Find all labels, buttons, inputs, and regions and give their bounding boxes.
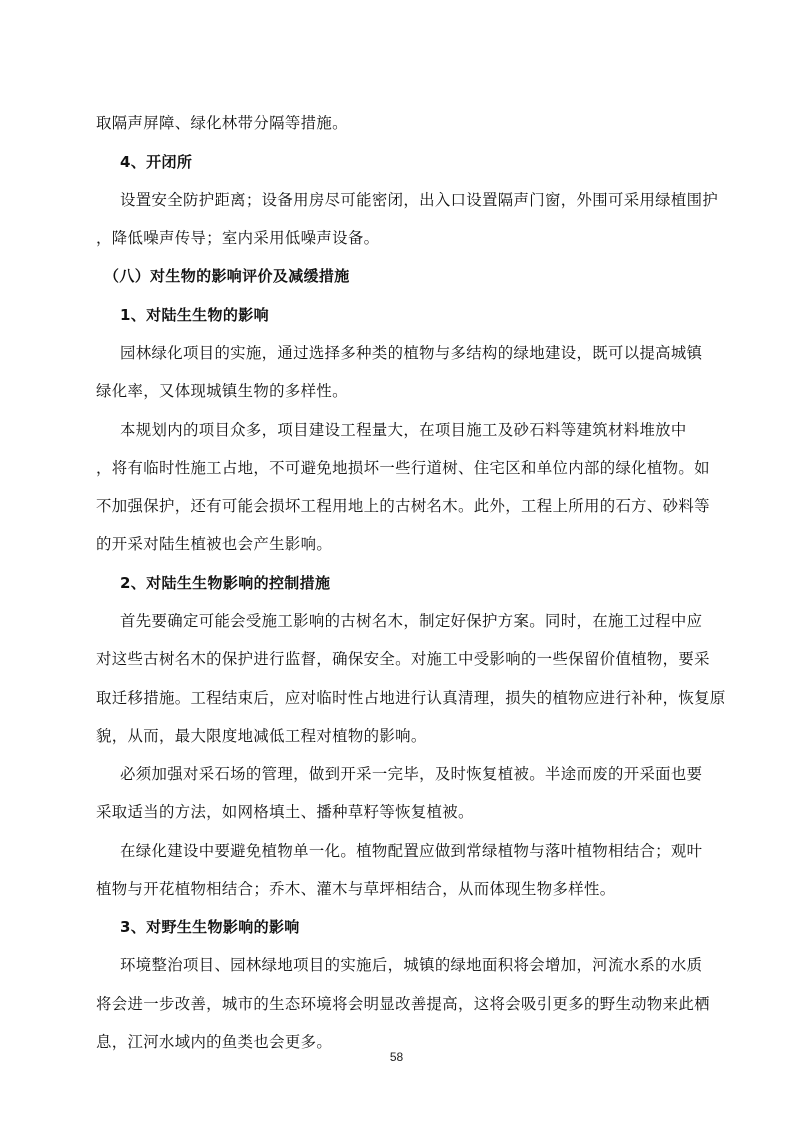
paragraph-line: 环境整治项目、园林绿地项目的实施后，城镇的绿地面积将会增加，河流水系的水质 bbox=[120, 955, 699, 975]
paragraph-line: ，将有临时性施工占地，不可避免地损坏一些行道树、住宅区和单位内部的绿化植物。如 bbox=[96, 458, 699, 478]
page-number: 58 bbox=[0, 1050, 793, 1064]
paragraph-line: 在绿化建设中要避免植物单一化。植物配置应做到常绿植物与落叶植物相结合；观叶 bbox=[120, 841, 699, 861]
paragraph-line: 对这些古树名木的保护进行监督，确保安全。对施工中受影响的一些保留价值植物，要采 bbox=[96, 649, 699, 669]
paragraph-line: 绿化率，又体现城镇生物的多样性。 bbox=[96, 381, 699, 401]
paragraph-line: 的开采对陆生植被也会产生影响。 bbox=[96, 534, 699, 554]
section-heading: （八）对生物的影响评价及减缓措施 bbox=[104, 266, 707, 286]
subsection-heading: 3、对野生生物影响的影响 bbox=[120, 917, 723, 937]
paragraph-line: 貌，从而，最大限度地减低工程对植物的影响。 bbox=[96, 726, 699, 746]
paragraph-line: 本规划内的项目众多，项目建设工程量大，在项目施工及砂石料等建筑材料堆放中 bbox=[120, 420, 699, 440]
paragraph-line: 取隔声屏障、绿化林带分隔等措施。 bbox=[96, 113, 699, 133]
paragraph-line: 必须加强对采石场的管理，做到开采一完毕，及时恢复植被。半途而废的开采面也要 bbox=[120, 764, 699, 784]
paragraph-line: 息，江河水域内的鱼类也会更多。 bbox=[96, 1032, 699, 1052]
paragraph-line: 采取适当的方法，如网格填土、播种草籽等恢复植被。 bbox=[96, 802, 699, 822]
paragraph-line: 首先要确定可能会受施工影响的古树名木，制定好保护方案。同时，在施工过程中应 bbox=[120, 611, 699, 631]
subsection-heading: 4、开闭所 bbox=[120, 152, 723, 172]
paragraph-line: 园林绿化项目的实施，通过选择多种类的植物与多结构的绿地建设，既可以提高城镇 bbox=[120, 343, 699, 363]
paragraph-line: 设置安全防护距离；设备用房尽可能密闭，出入口设置隔声门窗，外围可采用绿植围护 bbox=[120, 190, 699, 210]
paragraph-line: 将会进一步改善，城市的生态环境将会明显改善提高，这将会吸引更多的野生动物来此栖 bbox=[96, 994, 699, 1014]
subsection-heading: 2、对陆生生物影响的控制措施 bbox=[120, 573, 723, 593]
subsection-heading: 1、对陆生生物的影响 bbox=[120, 305, 723, 325]
paragraph-line: 植物与开花植物相结合；乔木、灌木与草坪相结合，从而体现生物多样性。 bbox=[96, 879, 699, 899]
paragraph-line: 不加强保护，还有可能会损坏工程用地上的古树名木。此外，工程上所用的石方、砂料等 bbox=[96, 496, 699, 516]
paragraph-line: ，降低噪声传导；室内采用低噪声设备。 bbox=[96, 228, 699, 248]
paragraph-line: 取迁移措施。工程结束后，应对临时性占地进行认真清理，损失的植物应进行补种，恢复原 bbox=[96, 688, 699, 708]
